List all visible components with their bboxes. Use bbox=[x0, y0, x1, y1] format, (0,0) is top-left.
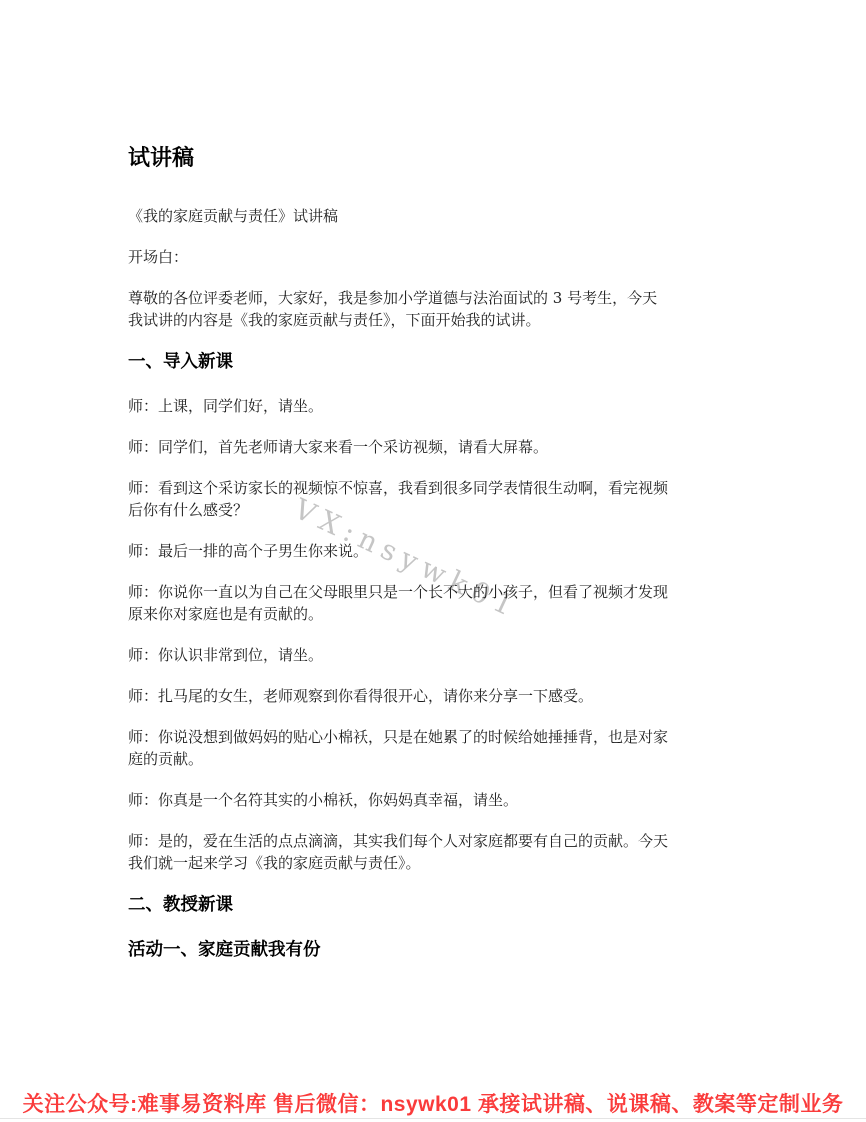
paragraph: 师：是的，爱在生活的点点滴滴，其实我们每个人对家庭都要有自己的贡献。今天 我们就… bbox=[128, 830, 739, 874]
footer-divider bbox=[0, 1118, 866, 1119]
section-heading: 二、教授新课 bbox=[128, 893, 739, 918]
section-heading: 一、导入新课 bbox=[128, 350, 739, 375]
paragraph: 师：你说你一直以为自己在父母眼里只是一个长不大的小孩子，但看了视频才发现 原来你… bbox=[128, 581, 739, 625]
paragraph: 师：你真是一个名符其实的小棉袄，你妈妈真幸福，请坐。 bbox=[128, 789, 739, 811]
footer-text: 关注公众号:难事易资料库 售后微信：nsywk01 承接试讲稿、说课稿、教案等定… bbox=[23, 1093, 844, 1116]
section-heading: 活动一、家庭贡献我有份 bbox=[128, 938, 739, 963]
document-title: 试讲稿 bbox=[128, 143, 739, 174]
document-page: VX:nsywk01 试讲稿《我的家庭贡献与责任》试讲稿开场白：尊敬的各位评委老… bbox=[0, 0, 866, 1122]
paragraph: 师：上课，同学们好，请坐。 bbox=[128, 395, 739, 417]
paragraph: 开场白： bbox=[128, 246, 739, 268]
paragraph: 尊敬的各位评委老师，大家好，我是参加小学道德与法治面试的 3 号考生，今天 我试… bbox=[128, 287, 739, 331]
paragraph: 师：你说没想到做妈妈的贴心小棉袄，只是在她累了的时候给她捶捶背，也是对家 庭的贡… bbox=[128, 726, 739, 770]
paragraph: 师：你认识非常到位，请坐。 bbox=[128, 644, 739, 666]
footer-banner: 关注公众号:难事易资料库 售后微信：nsywk01 承接试讲稿、说课稿、教案等定… bbox=[0, 1088, 866, 1117]
document-content: 试讲稿《我的家庭贡献与责任》试讲稿开场白：尊敬的各位评委老师，大家好，我是参加小… bbox=[128, 143, 739, 983]
paragraph: 《我的家庭贡献与责任》试讲稿 bbox=[128, 205, 739, 227]
paragraph: 师：同学们，首先老师请大家来看一个采访视频，请看大屏幕。 bbox=[128, 436, 739, 458]
paragraph: 师：最后一排的高个子男生你来说。 bbox=[128, 540, 739, 562]
paragraph: 师：看到这个采访家长的视频惊不惊喜，我看到很多同学表情很生动啊，看完视频 后你有… bbox=[128, 477, 739, 521]
paragraph: 师：扎马尾的女生，老师观察到你看得很开心，请你来分享一下感受。 bbox=[128, 685, 739, 707]
